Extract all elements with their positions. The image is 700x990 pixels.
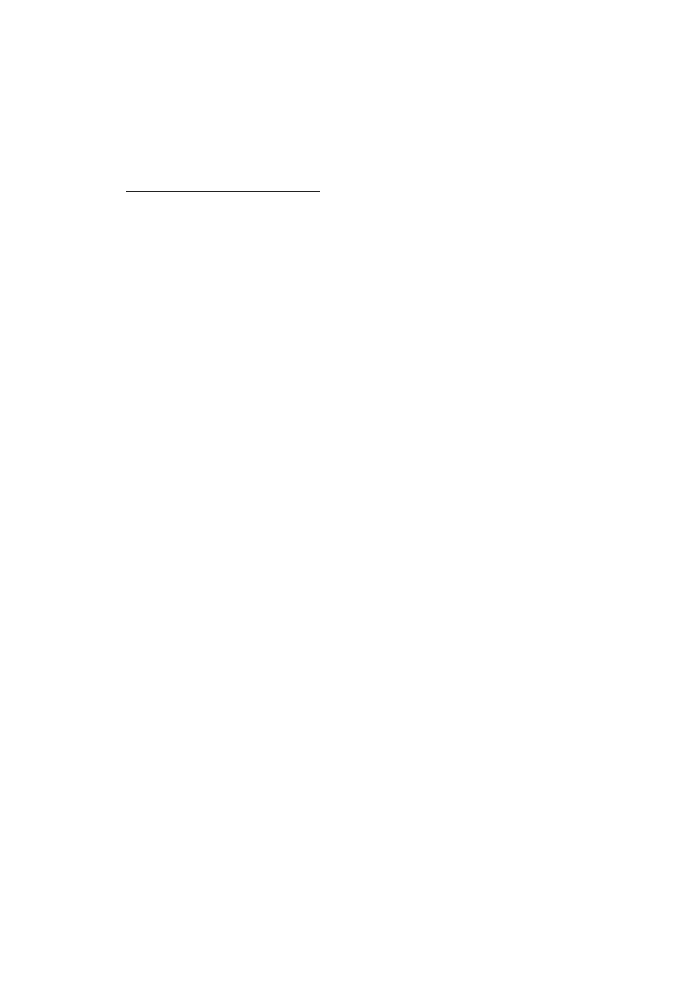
document-page xyxy=(0,0,700,990)
item1-line1 xyxy=(126,178,666,198)
id-number-field[interactable] xyxy=(172,178,320,192)
name-field[interactable] xyxy=(126,178,172,192)
